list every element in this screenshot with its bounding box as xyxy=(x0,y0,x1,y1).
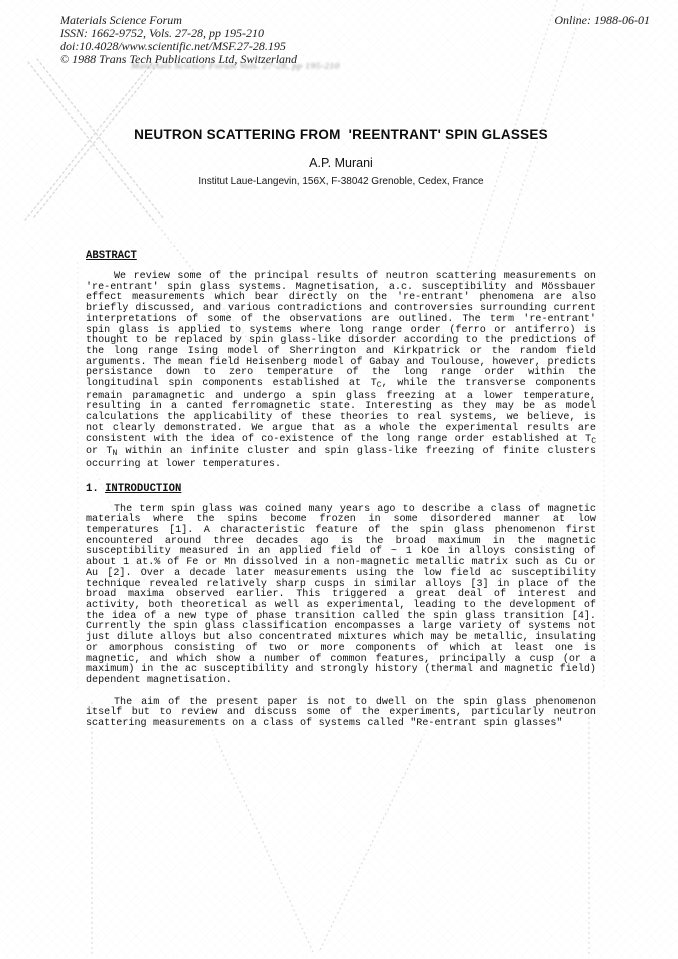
publication-info: Materials Science Forum ISSN: 1662-9752,… xyxy=(60,14,297,66)
online-date: Online: 1988-06-01 xyxy=(554,14,650,27)
abstract-section: ABSTRACT We review some of the principal… xyxy=(86,250,596,471)
author-name: A.P. Murani xyxy=(86,156,596,171)
introduction-heading-label: INTRODUCTION xyxy=(105,483,181,495)
subscript-text: C xyxy=(591,437,596,446)
introduction-heading-number: 1. xyxy=(86,483,105,495)
introduction-heading: 1. INTRODUCTION xyxy=(86,483,596,496)
paper-body: NEUTRON SCATTERING FROM 'REENTRANT' SPIN… xyxy=(86,127,596,730)
text-segment: within an infinite cluster and spin glas… xyxy=(86,446,596,470)
doi-line: doi:10.4028/www.scientific.net/MSF.27-28… xyxy=(60,40,297,53)
faded-header-artifact: Materials Science Forum Vols. 27-28, pp … xyxy=(131,63,340,72)
abstract-heading-label: ABSTRACT xyxy=(86,250,137,262)
introduction-paragraph-1: The term spin glass was coined many year… xyxy=(86,505,596,687)
abstract-paragraph: We review some of the principal results … xyxy=(86,272,596,471)
author-affiliation: Institut Laue-Langevin, 156X, F-38042 Gr… xyxy=(86,176,596,188)
page-header: Materials Science Forum ISSN: 1662-9752,… xyxy=(60,14,650,66)
scanned-paper-page: Materials Science Forum ISSN: 1662-9752,… xyxy=(0,0,678,959)
abstract-heading: ABSTRACT xyxy=(86,250,596,263)
introduction-section: 1. INTRODUCTION The term spin glass was … xyxy=(86,483,596,730)
introduction-paragraph-2: The aim of the present paper is not to d… xyxy=(86,698,596,730)
issn-volume-pages: ISSN: 1662-9752, Vols. 27-28, pp 195-210 xyxy=(60,27,297,40)
text-segment: or T xyxy=(86,446,112,457)
journal-title: Materials Science Forum xyxy=(60,14,297,27)
text-segment: The term spin glass was coined many year… xyxy=(86,504,596,686)
text-segment: The aim of the present paper is not to d… xyxy=(86,697,596,729)
paper-title: NEUTRON SCATTERING FROM 'REENTRANT' SPIN… xyxy=(86,127,596,143)
text-segment: We review some of the principal results … xyxy=(86,271,596,389)
